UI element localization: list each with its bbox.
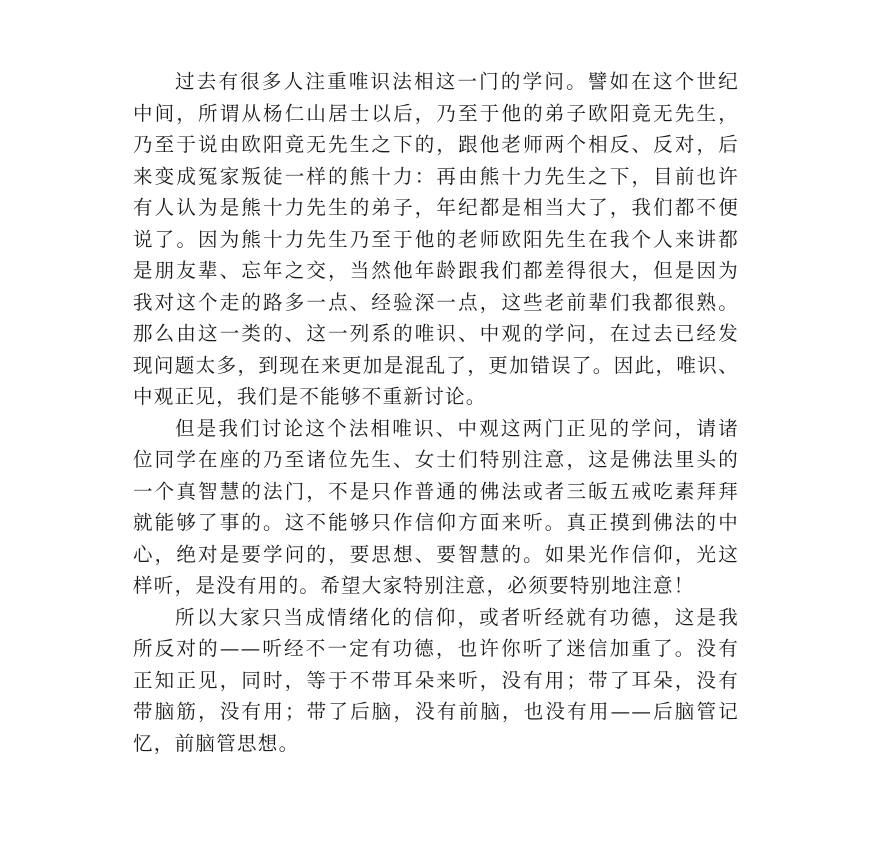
text-line: 乃至于说由欧阳竟无先生之下的，跟他老师两个相反、反对，后 bbox=[133, 129, 739, 161]
text-line: 有人认为是熊十力先生的弟子，年纪都是相当大了，我们都不便 bbox=[133, 192, 739, 224]
text-line: 现问题太多，到现在来更加是混乱了，更加错误了。因此，唯识、 bbox=[133, 350, 739, 382]
text-line: 是朋友辈、忘年之交，当然他年龄跟我们都差得很大，但是因为 bbox=[133, 255, 739, 287]
text-line: 中间，所谓从杨仁山居士以后，乃至于他的弟子欧阳竟无先生， bbox=[133, 98, 739, 130]
text-line: 一个真智慧的法门，不是只作普通的佛法或者三皈五戒吃素拜拜 bbox=[133, 476, 739, 508]
text-line: 来变成冤家叛徒一样的熊十力：再由熊十力先生之下，目前也许 bbox=[133, 161, 739, 193]
text-line: 所以大家只当成情绪化的信仰，或者听经就有功德，这是我 bbox=[133, 602, 739, 634]
text-line: 带脑筋，没有用；带了后脑，没有前脑，也没有用——后脑管记 bbox=[133, 696, 739, 728]
text-line: 所反对的——听经不一定有功德，也许你听了迷信加重了。没有 bbox=[133, 633, 739, 665]
text-line: 那么由这一类的、这一列系的唯识、中观的学问，在过去已经发 bbox=[133, 318, 739, 350]
text-line: 就能够了事的。这不能够只作信仰方面来听。真正摸到佛法的中 bbox=[133, 507, 739, 539]
text-line: 心，绝对是要学问的，要思想、要智慧的。如果光作信仰，光这 bbox=[133, 539, 739, 571]
text-line: 但是我们讨论这个法相唯识、中观这两门正见的学问，请诸 bbox=[133, 413, 739, 445]
text-line: 忆，前脑管思想。 bbox=[133, 728, 739, 760]
text-line: 过去有很多人注重唯识法相这一门的学问。譬如在这个世纪 bbox=[133, 66, 739, 98]
text-line: 中观正见，我们是不能够不重新讨论。 bbox=[133, 381, 739, 413]
text-line: 说了。因为熊十力先生乃至于他的老师欧阳先生在我个人来讲都 bbox=[133, 224, 739, 256]
document-page: 过去有很多人注重唯识法相这一门的学问。譬如在这个世纪 中间，所谓从杨仁山居士以后… bbox=[133, 66, 739, 759]
text-line: 正知正见，同时，等于不带耳朵来听，没有用；带了耳朵，没有 bbox=[133, 665, 739, 697]
text-line: 我对这个走的路多一点、经验深一点，这些老前辈们我都很熟。 bbox=[133, 287, 739, 319]
paragraph-3: 所以大家只当成情绪化的信仰，或者听经就有功德，这是我 所反对的——听经不一定有功… bbox=[133, 602, 739, 760]
paragraph-1: 过去有很多人注重唯识法相这一门的学问。譬如在这个世纪 中间，所谓从杨仁山居士以后… bbox=[133, 66, 739, 413]
paragraph-2: 但是我们讨论这个法相唯识、中观这两门正见的学问，请诸 位同学在座的乃至诸位先生、… bbox=[133, 413, 739, 602]
text-line: 样听，是没有用的。希望大家特别注意，必须要特别地注意！ bbox=[133, 570, 739, 602]
text-line: 位同学在座的乃至诸位先生、女士们特别注意，这是佛法里头的 bbox=[133, 444, 739, 476]
